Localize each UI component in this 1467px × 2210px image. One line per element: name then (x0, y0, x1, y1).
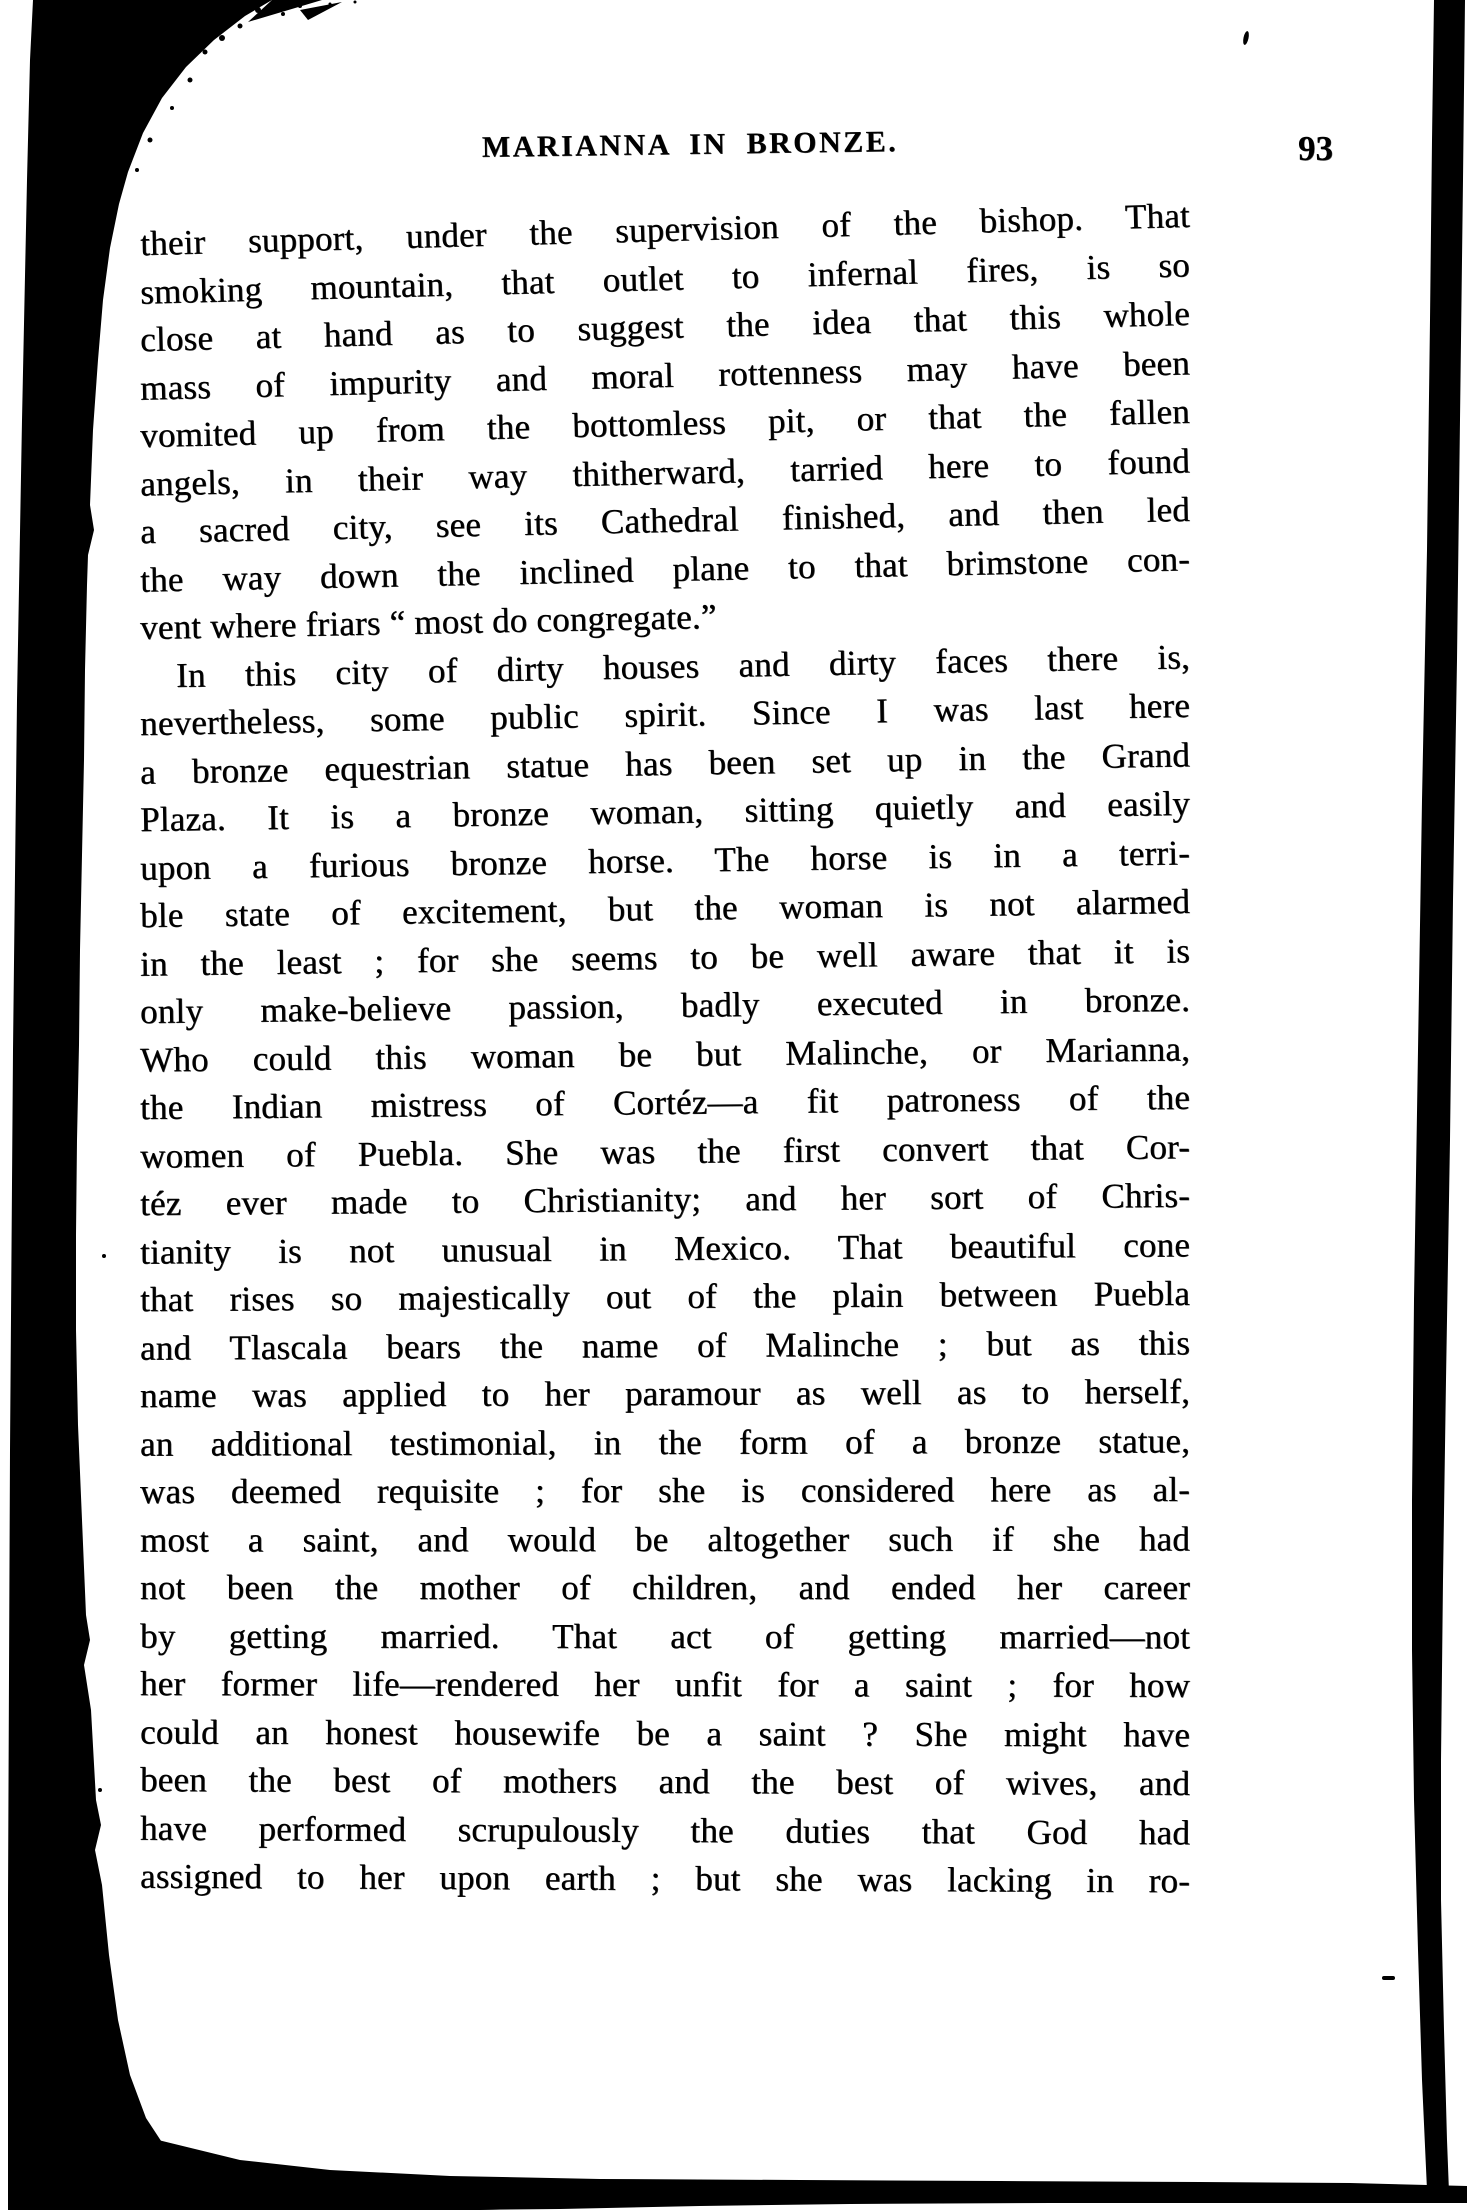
text-line: most a saint, and would be altogether su… (140, 1515, 1190, 1565)
text-line: assigned to her upon earth ; but she was… (140, 1853, 1190, 1906)
page-header: MARIANNA IN BRONZE. 93 (140, 128, 1190, 178)
running-title: MARIANNA IN BRONZE. (165, 121, 1215, 170)
text-line: by getting married. That act of getting … (140, 1612, 1190, 1661)
page-number: 93 (1153, 129, 1333, 169)
text-line: her former life—rendered her unfit for a… (140, 1660, 1190, 1710)
text-line: that rises so majestically out of the pl… (140, 1270, 1190, 1325)
text-line: not been the mother of children, and end… (140, 1564, 1190, 1613)
text-line: could an honest housewife be a saint ? S… (140, 1708, 1190, 1759)
right-scan-band (1412, 0, 1465, 2192)
text-line: been the best of mothers and the best of… (140, 1756, 1190, 1808)
text-line: name was applied to her paramour as well… (140, 1368, 1190, 1421)
text-line: an additional testimonial, in the form o… (140, 1417, 1190, 1469)
text-line: tianity is not unusual in Mexico. That b… (140, 1221, 1190, 1277)
text-line: women of Puebla. She was the first conve… (140, 1123, 1190, 1181)
text-line: téz ever made to Christianity; and her s… (140, 1172, 1190, 1229)
text-line: have performed scrupulously the duties t… (140, 1804, 1190, 1857)
bottom-scan-band (150, 2138, 1467, 2210)
text-line: was deemed requisite ; for she is consid… (140, 1466, 1190, 1517)
body-text: their support, under the supervision of … (140, 206, 1190, 1904)
text-line: and Tlascala bears the name of Malinche … (140, 1319, 1190, 1373)
book-page: MARIANNA IN BRONZE. 93 their support, un… (0, 0, 1467, 2210)
